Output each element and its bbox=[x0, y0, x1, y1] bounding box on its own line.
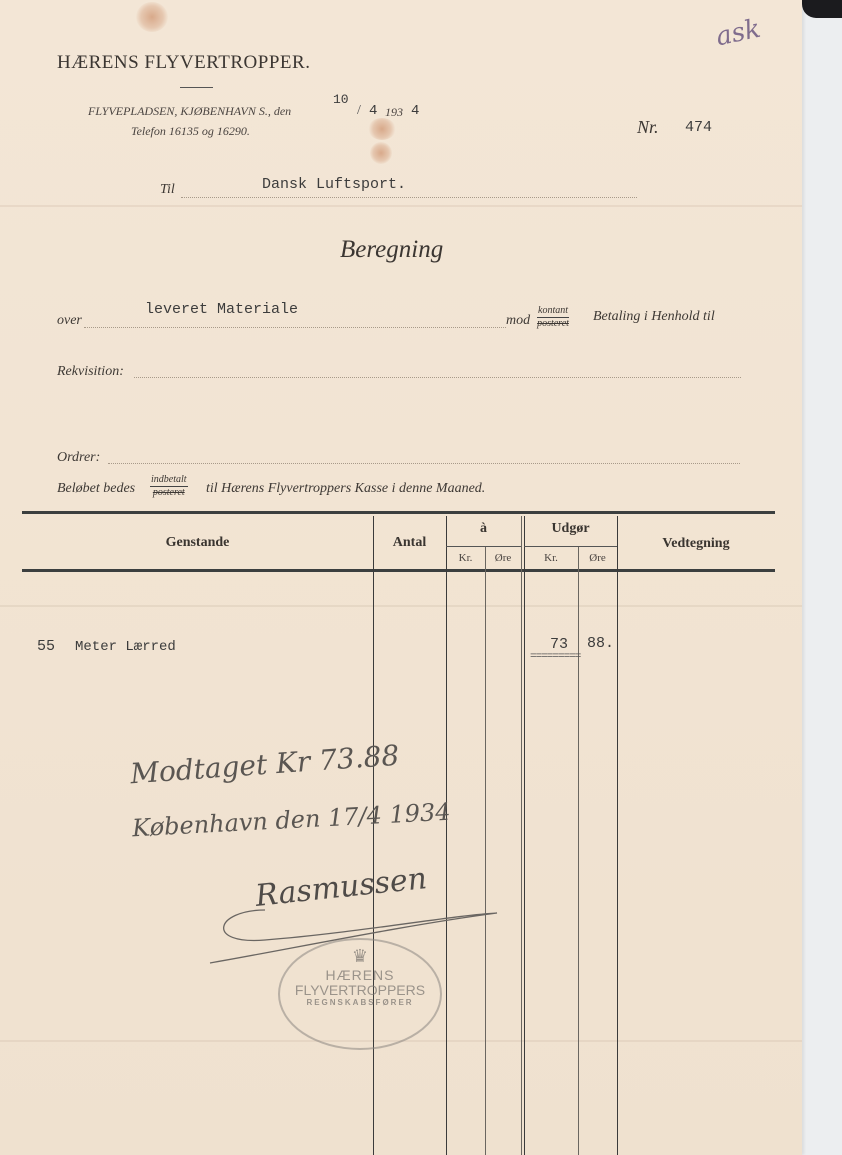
phone-line: Telefon 16135 og 16290. bbox=[131, 124, 250, 139]
subheader-amount-kr: Kr. bbox=[524, 552, 578, 564]
stamp-line-2: FLYVERTROPPERS bbox=[280, 982, 440, 998]
stain bbox=[368, 118, 396, 140]
date-year-suffix: 4 bbox=[411, 103, 419, 119]
organization-name: HÆRENS FLYVERTROPPER. bbox=[57, 52, 310, 74]
scanner-background-corner bbox=[802, 0, 842, 18]
date-day: 10 bbox=[333, 92, 349, 107]
row-quantity: 55 bbox=[37, 638, 55, 655]
subject-label: over bbox=[57, 313, 82, 329]
recipient-field-line bbox=[181, 197, 637, 198]
recipient-value: Dansk Luftsport. bbox=[262, 176, 406, 193]
rekvisition-label: Rekvisition: bbox=[57, 364, 124, 380]
document-number-label: Nr. bbox=[637, 117, 659, 138]
column-divider-remarks bbox=[617, 516, 618, 1155]
unit-price-subheader-rule bbox=[446, 546, 521, 547]
recipient-label: Til bbox=[160, 182, 175, 198]
invoice-document: HÆRENS FLYVERTROPPER. FLYVEPLADSEN, KJØB… bbox=[0, 0, 802, 1155]
address-line: FLYVEPLADSEN, KJØBENHAVN S., den bbox=[88, 104, 291, 119]
ordrer-field-line bbox=[108, 463, 740, 464]
header-items: Genstande bbox=[22, 535, 373, 551]
header-remarks: Vedtegning bbox=[617, 536, 775, 552]
handwritten-initials: ask bbox=[713, 14, 763, 53]
column-divider-antal bbox=[373, 516, 374, 1155]
document-number-value: 474 bbox=[685, 119, 712, 136]
payment-suffix: Betaling i Henhold til bbox=[593, 309, 715, 325]
title-rule bbox=[180, 87, 213, 88]
table-top-rule bbox=[22, 511, 775, 514]
subheader-unit-kr: Kr. bbox=[446, 552, 485, 564]
subheader-amount-ore: Øre bbox=[578, 552, 617, 564]
payment-instruction-suffix: til Hærens Flyvertroppers Kasse i denne … bbox=[206, 481, 485, 497]
crown-icon: ♛ bbox=[280, 946, 440, 967]
official-stamp: ♛ HÆRENS FLYVERTROPPERS REGNSKABSFØRER bbox=[278, 938, 442, 1050]
payment-instruction-prefix: Beløbet bedes bbox=[57, 481, 135, 497]
payment-option-posteret-struck: posteret bbox=[537, 318, 569, 330]
payment-option-posteret-struck: posteret bbox=[150, 487, 188, 499]
date-year-prefix: 193 bbox=[385, 105, 403, 120]
subheader-unit-ore: Øre bbox=[485, 552, 521, 564]
table-header-bottom-rule bbox=[22, 569, 775, 572]
document-heading: Beregning bbox=[340, 236, 443, 264]
row-amount-ore: 88. bbox=[587, 635, 614, 652]
handwritten-received-amount: Modtaget Kr 73.88 bbox=[129, 739, 400, 791]
date-month: 4 bbox=[369, 103, 377, 119]
rekvisition-field-line bbox=[134, 377, 741, 378]
amount-subheader-rule bbox=[524, 546, 617, 547]
column-divider-unit-price bbox=[446, 516, 447, 1155]
row-description: Meter Lærred bbox=[75, 639, 176, 655]
column-divider-unit-ore bbox=[485, 546, 486, 1155]
payment-method-fraction: kontant posteret bbox=[537, 305, 569, 330]
subject-value: leveret Materiale bbox=[145, 301, 298, 318]
mod-label: mod bbox=[506, 313, 530, 329]
payment-instruction-fraction: indbetalt posteret bbox=[150, 474, 188, 499]
header-amount: Udgør bbox=[524, 521, 617, 537]
column-divider-amount-a bbox=[521, 516, 522, 1155]
header-unit-price: à bbox=[446, 521, 521, 537]
header-quantity: Antal bbox=[373, 535, 446, 551]
payment-option-indbetalt: indbetalt bbox=[150, 474, 188, 487]
date-separator: / bbox=[357, 103, 361, 119]
stamp-line-3: REGNSKABSFØRER bbox=[280, 998, 440, 1007]
stamp-line-1: HÆRENS bbox=[280, 967, 440, 983]
payment-option-kontant: kontant bbox=[537, 305, 569, 318]
stain bbox=[370, 142, 392, 164]
row-total-double-underline: ========= bbox=[530, 651, 580, 663]
column-divider-amount-b bbox=[524, 516, 525, 1155]
paper-fold bbox=[0, 205, 802, 207]
handwritten-place-date: København den 17/4 1934 bbox=[131, 798, 451, 843]
column-divider-amount-ore bbox=[578, 546, 579, 1155]
paper-fold bbox=[0, 605, 802, 607]
ordrer-label: Ordrer: bbox=[57, 450, 100, 466]
subject-field-line bbox=[84, 327, 506, 328]
stain bbox=[136, 2, 168, 32]
